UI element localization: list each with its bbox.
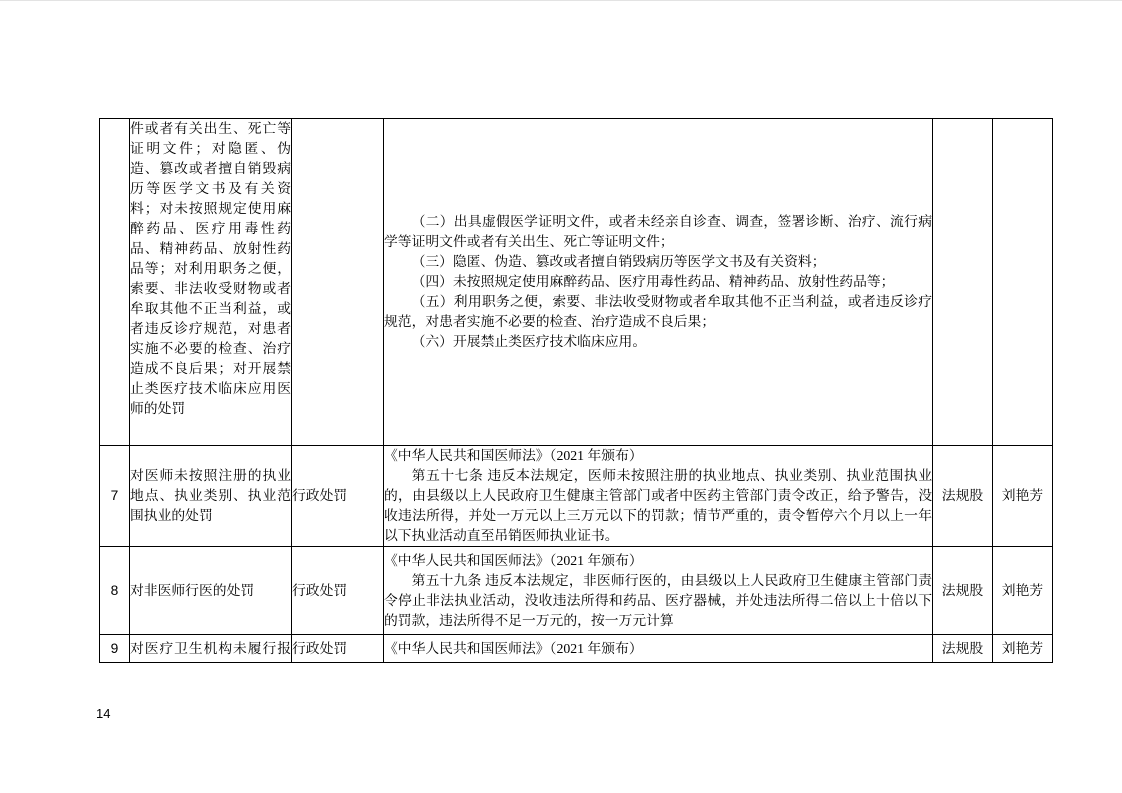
legal-basis-item: （六）开展禁止类医疗技术临床应用。 bbox=[384, 332, 932, 352]
window-top-divider bbox=[0, 0, 1122, 1]
penalty-table: 件或者有关出生、死亡等证明文件；对隐匿、伪造、篡改或者擅自销毁病历等医学文书及有… bbox=[99, 118, 1053, 663]
legal-basis-item: （二）出具虚假医学证明文件，或者未经亲自诊查、调查，签署诊断、治疗、流行病学等证… bbox=[384, 212, 932, 252]
penalty-type-cell bbox=[292, 119, 384, 446]
legal-basis-cell: 《中华人民共和国医师法》（2021 年颁布） 第五十九条 违反本法规定，非医师行… bbox=[384, 547, 933, 635]
legal-basis-cell: 《中华人民共和国医师法》（2021 年颁布） bbox=[384, 635, 933, 663]
law-title: 《中华人民共和国医师法》（2021 年颁布） bbox=[384, 639, 932, 659]
row-number-cell bbox=[100, 119, 130, 446]
department-cell bbox=[933, 119, 993, 446]
department-cell: 法规股 bbox=[933, 635, 993, 663]
row-number-cell: 7 bbox=[100, 446, 130, 547]
matter-cell: 对医师未按照注册的执业地点、执业类别、执业范围执业的处罚 bbox=[130, 446, 292, 547]
table-row-9: 9 对医疗卫生机构未履行报 行政处罚 《中华人民共和国医师法》（2021 年颁布… bbox=[100, 635, 1053, 663]
penalty-type-cell: 行政处罚 bbox=[292, 635, 384, 663]
legal-basis-item: （五）利用职务之便，索要、非法收受财物或者牟取其他不正当利益，或者违反诊疗规范，… bbox=[384, 292, 932, 332]
row-number-cell: 8 bbox=[100, 547, 130, 635]
matter-cell: 对非医师行医的处罚 bbox=[130, 547, 292, 635]
penalty-type-cell: 行政处罚 bbox=[292, 446, 384, 547]
table-row-8: 8 对非医师行医的处罚 行政处罚 《中华人民共和国医师法》（2021 年颁布） … bbox=[100, 547, 1053, 635]
legal-basis-cell: （二）出具虚假医学证明文件，或者未经亲自诊查、调查，签署诊断、治疗、流行病学等证… bbox=[384, 119, 933, 446]
table-row-7: 7 对医师未按照注册的执业地点、执业类别、执业范围执业的处罚 行政处罚 《中华人… bbox=[100, 446, 1053, 547]
legal-basis-cell: 《中华人民共和国医师法》（2021 年颁布） 第五十七条 违反本法规定，医师未按… bbox=[384, 446, 933, 547]
legal-basis-item: （四）未按照规定使用麻醉药品、医疗用毒性药品、精神药品、放射性药品等； bbox=[384, 272, 932, 292]
law-title: 《中华人民共和国医师法》（2021 年颁布） bbox=[384, 446, 932, 466]
page-number: 14 bbox=[96, 706, 110, 721]
legal-basis-item: 第五十七条 违反本法规定，医师未按照注册的执业地点、执业类别、执业范围执业的，由… bbox=[384, 466, 932, 546]
matter-cell: 对医疗卫生机构未履行报 bbox=[130, 635, 292, 663]
legal-basis-item: （三）隐匿、伪造、篡改或者擅自销毁病历等医学文书及有关资料； bbox=[384, 252, 932, 272]
matter-cell: 件或者有关出生、死亡等证明文件；对隐匿、伪造、篡改或者擅自销毁病历等医学文书及有… bbox=[130, 119, 292, 446]
department-cell: 法规股 bbox=[933, 547, 993, 635]
row-number-cell: 9 bbox=[100, 635, 130, 663]
department-cell: 法规股 bbox=[933, 446, 993, 547]
handler-cell bbox=[993, 119, 1053, 446]
legal-basis-item: 第五十九条 违反本法规定，非医师行医的，由县级以上人民政府卫生健康主管部门责令停… bbox=[384, 571, 932, 631]
law-title: 《中华人民共和国医师法》（2021 年颁布） bbox=[384, 551, 932, 571]
handler-cell: 刘艳芳 bbox=[993, 635, 1053, 663]
handler-cell: 刘艳芳 bbox=[993, 547, 1053, 635]
document-page: 件或者有关出生、死亡等证明文件；对隐匿、伪造、篡改或者擅自销毁病历等医学文书及有… bbox=[0, 0, 1122, 793]
penalty-type-cell: 行政处罚 bbox=[292, 547, 384, 635]
handler-cell: 刘艳芳 bbox=[993, 446, 1053, 547]
table-row-continuation: 件或者有关出生、死亡等证明文件；对隐匿、伪造、篡改或者擅自销毁病历等医学文书及有… bbox=[100, 119, 1053, 446]
